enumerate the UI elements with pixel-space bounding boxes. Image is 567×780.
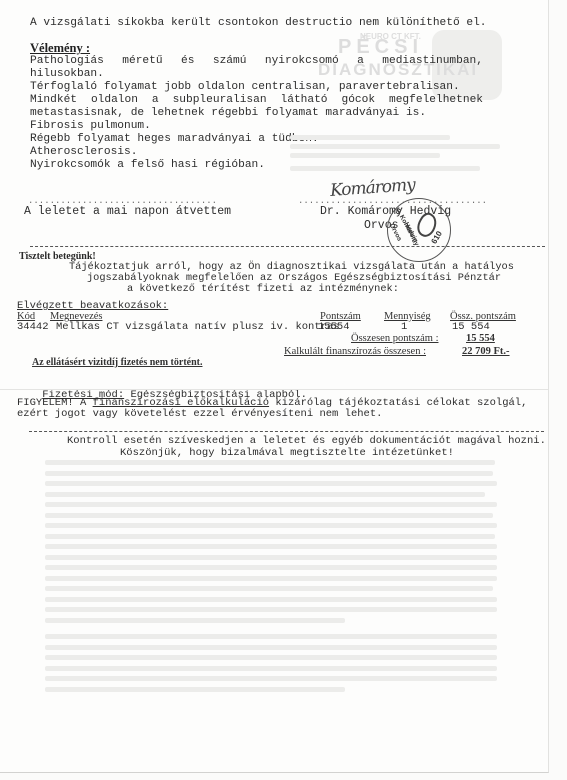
separator-dashed bbox=[29, 431, 544, 432]
bleed-through-line bbox=[45, 645, 497, 650]
cell-code: 34442 bbox=[17, 321, 49, 334]
separator-dashed bbox=[30, 246, 545, 247]
bleed-through-line bbox=[45, 460, 495, 465]
bleed-through-line bbox=[45, 576, 497, 581]
warning-line-2: ezért jogot vagy követelést ezzel érvény… bbox=[17, 408, 382, 421]
bleed-through bbox=[290, 135, 450, 140]
financing-label: Kalkulált finanszírozás összesen : bbox=[284, 346, 426, 357]
opinion-line: Régebb folyamat heges maradványai a tüdb… bbox=[30, 133, 319, 146]
bleed-through-line bbox=[45, 471, 493, 476]
findings-line: A vizsgálati síkokba került csontokon de… bbox=[30, 17, 487, 30]
bleed-through-line bbox=[45, 634, 497, 639]
opinion-line: Pathologiás méretű és számú nyirokcsomó … bbox=[30, 55, 483, 68]
opinion-line: Mindkét oldalon a subpleuralisan látható… bbox=[30, 94, 483, 107]
cell-points: 15554 bbox=[318, 321, 350, 334]
opinion-line: hilusokban. bbox=[30, 68, 104, 81]
doctor-stamp: dr. Komáromy Hedvig Orvos 610 bbox=[387, 198, 451, 262]
bleed-through-line bbox=[45, 676, 497, 681]
bleed-through-line bbox=[45, 687, 345, 692]
received-label: A leletet a mai napon átvettem bbox=[24, 205, 231, 218]
scanned-page: PÉCSI DIAGNOSZTIKAI NEURO CT KFT. A vizs… bbox=[0, 0, 549, 773]
financing-value: 22 709 Ft.- bbox=[462, 346, 510, 357]
bleed-through-line bbox=[45, 607, 497, 612]
bleed-through-line bbox=[45, 492, 485, 497]
opinion-line: Fibrosis pulmonum. bbox=[30, 120, 151, 133]
col-header-quantity: Mennyiség bbox=[384, 311, 431, 322]
bleed-through-line bbox=[45, 586, 493, 591]
bleed-through-line bbox=[45, 565, 497, 570]
footer-line-2: Köszönjük, hogy bizalmával megtisztelte … bbox=[120, 447, 454, 460]
opinion-line: Nyirokcsomók a felső hasi régióban. bbox=[30, 159, 265, 172]
bleed-through-line bbox=[45, 481, 497, 486]
watermark-text-3: NEURO CT KFT. bbox=[360, 32, 421, 41]
opinion-heading: Vélemény : bbox=[30, 41, 90, 56]
bleed-through-line bbox=[45, 502, 497, 507]
bleed-through-line bbox=[45, 597, 497, 602]
total-points-label: Összesen pontszám : bbox=[351, 333, 438, 344]
opinion-line: Térfoglaló folyamat jobb oldalon central… bbox=[30, 81, 460, 94]
bleed-through bbox=[290, 166, 480, 171]
bleed-through-line bbox=[45, 655, 497, 660]
bleed-through-line bbox=[45, 666, 497, 671]
stamp-text: Orvos bbox=[388, 223, 403, 243]
cell-name: Mellkas CT vizsgálata natív plusz iv. ko… bbox=[56, 321, 340, 334]
bleed-through-line bbox=[45, 513, 493, 518]
bleed-through-line bbox=[45, 555, 497, 560]
opinion-line: metastasisnak, de lehetnek régebbi folya… bbox=[30, 107, 426, 120]
bleed-through-line bbox=[45, 523, 497, 528]
bleed-through-line bbox=[45, 534, 495, 539]
bleed-through bbox=[290, 144, 500, 149]
scan-fold-line bbox=[0, 389, 548, 390]
bleed-through bbox=[290, 153, 440, 158]
total-points-value: 15 554 bbox=[466, 333, 495, 344]
intro-line: a következő térítést fizeti az intézmény… bbox=[127, 283, 399, 296]
opinion-line: Atherosclerosis. bbox=[30, 146, 137, 159]
bleed-through-line bbox=[45, 618, 345, 623]
bleed-through-line bbox=[45, 544, 497, 549]
visit-fee-note: Az ellátásért vizitdíj fizetés nem törté… bbox=[32, 357, 202, 368]
